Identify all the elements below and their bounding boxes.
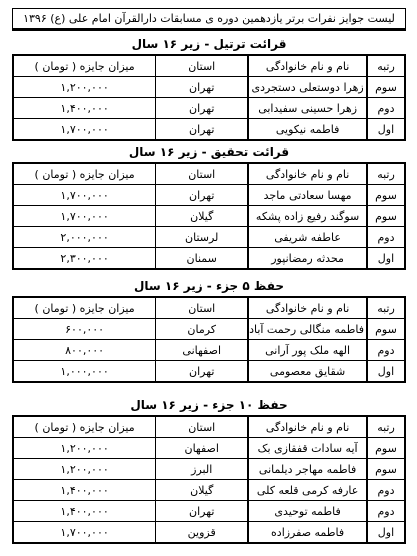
column-header-province: استان — [156, 297, 249, 319]
table-row: سومفاطمه مهاجر دیلمانیالبرز۱,۲۰۰,۰۰۰ — [13, 459, 405, 480]
cell-rank: اول — [367, 522, 405, 544]
cell-rank: سوم — [367, 438, 405, 459]
table-row: سومزهرا دوستعلی دستجردیتهران۱,۲۰۰,۰۰۰ — [13, 77, 405, 98]
table-header-row: رتبهنام و نام خانوادگیاستانمیزان جایزه (… — [13, 55, 405, 77]
cell-prize: ۸۰۰,۰۰۰ — [13, 340, 156, 361]
column-header-prize: میزان جایزه ( تومان ) — [13, 163, 156, 185]
cell-rank: دوم — [367, 501, 405, 522]
cell-province: سمنان — [156, 248, 249, 270]
prize-table: رتبهنام و نام خانوادگیاستانمیزان جایزه (… — [12, 296, 406, 383]
cell-province: لرستان — [156, 227, 249, 248]
column-header-name: نام و نام خانوادگی — [248, 416, 367, 438]
cell-name: عاطفه شریفی — [248, 227, 367, 248]
cell-province: گیلان — [156, 206, 249, 227]
table-row: سومآیه سادات قفقازی بکاصفهان۱,۲۰۰,۰۰۰ — [13, 438, 405, 459]
document-page: لیست جوایز نفرات برتر یازدهمین دوره ی مس… — [0, 0, 417, 556]
table-row: سومفاطمه منگالی رحمت آبادکرمان۶۰۰,۰۰۰ — [13, 319, 405, 340]
cell-prize: ۱,۷۰۰,۰۰۰ — [13, 185, 156, 206]
cell-name: زهرا حسینی سفیدابی — [248, 98, 367, 119]
prize-table: رتبهنام و نام خانوادگیاستانمیزان جایزه (… — [12, 162, 406, 270]
cell-province: تهران — [156, 98, 249, 119]
cell-province: اصفهانی — [156, 340, 249, 361]
column-header-province: استان — [156, 55, 249, 77]
column-header-name: نام و نام خانوادگی — [248, 297, 367, 319]
table-row: اولفاطمه صفرزادهقزوین۱,۷۰۰,۰۰۰ — [13, 522, 405, 544]
cell-name: سوگند رفیع زاده پشکه — [248, 206, 367, 227]
cell-rank: دوم — [367, 98, 405, 119]
cell-prize: ۱,۴۰۰,۰۰۰ — [13, 480, 156, 501]
cell-prize: ۱,۷۰۰,۰۰۰ — [13, 206, 156, 227]
table-row: دومزهرا حسینی سفیدابیتهران۱,۴۰۰,۰۰۰ — [13, 98, 405, 119]
column-header-rank: رتبه — [367, 297, 405, 319]
cell-name: مهسا سعادتی ماجد — [248, 185, 367, 206]
prize-table: رتبهنام و نام خانوادگیاستانمیزان جایزه (… — [12, 54, 406, 141]
cell-prize: ۲,۰۰۰,۰۰۰ — [13, 227, 156, 248]
column-header-rank: رتبه — [367, 163, 405, 185]
table-header-row: رتبهنام و نام خانوادگیاستانمیزان جایزه (… — [13, 416, 405, 438]
column-header-prize: میزان جایزه ( تومان ) — [13, 55, 156, 77]
column-header-prize: میزان جایزه ( تومان ) — [13, 416, 156, 438]
column-header-province: استان — [156, 163, 249, 185]
cell-province: تهران — [156, 185, 249, 206]
cell-name: فاطمه منگالی رحمت آباد — [248, 319, 367, 340]
column-header-name: نام و نام خانوادگی — [248, 55, 367, 77]
cell-province: قزوین — [156, 522, 249, 544]
cell-rank: دوم — [367, 227, 405, 248]
column-header-rank: رتبه — [367, 55, 405, 77]
cell-name: فاطمه صفرزاده — [248, 522, 367, 544]
cell-rank: سوم — [367, 77, 405, 98]
column-header-name: نام و نام خانوادگی — [248, 163, 367, 185]
cell-province: اصفهان — [156, 438, 249, 459]
cell-rank: دوم — [367, 340, 405, 361]
cell-province: تهران — [156, 119, 249, 141]
cell-rank: اول — [367, 119, 405, 141]
cell-prize: ۱,۲۰۰,۰۰۰ — [13, 438, 156, 459]
cell-name: آیه سادات قفقازی بک — [248, 438, 367, 459]
cell-prize: ۱,۲۰۰,۰۰۰ — [13, 77, 156, 98]
table-row: اولشقایق معصومیتهران۱,۰۰۰,۰۰۰ — [13, 361, 405, 383]
cell-prize: ۲,۳۰۰,۰۰۰ — [13, 248, 156, 270]
cell-rank: سوم — [367, 459, 405, 480]
cell-prize: ۱,۷۰۰,۰۰۰ — [13, 522, 156, 544]
cell-rank: اول — [367, 248, 405, 270]
table-row: سوممهسا سعادتی ماجدتهران۱,۷۰۰,۰۰۰ — [13, 185, 405, 206]
cell-rank: سوم — [367, 319, 405, 340]
sections-container: قرائت ترتیل - زیر ۱۶ سالرتبهنام و نام خا… — [12, 34, 406, 544]
cell-name: فاطمه نیکویی — [248, 119, 367, 141]
cell-prize: ۱,۴۰۰,۰۰۰ — [13, 98, 156, 119]
column-header-province: استان — [156, 416, 249, 438]
table-header-row: رتبهنام و نام خانوادگیاستانمیزان جایزه (… — [13, 297, 405, 319]
cell-province: تهران — [156, 361, 249, 383]
column-header-rank: رتبه — [367, 416, 405, 438]
cell-name: عارفه کرمی قلعه کلی — [248, 480, 367, 501]
section-heading: قرائت تحقیق - زیر ۱۶ سال — [12, 142, 406, 162]
section-heading: قرائت ترتیل - زیر ۱۶ سال — [12, 34, 406, 54]
column-header-prize: میزان جایزه ( تومان ) — [13, 297, 156, 319]
cell-name: الهه ملک پور آرانی — [248, 340, 367, 361]
table-row: سومسوگند رفیع زاده پشکهگیلان۱,۷۰۰,۰۰۰ — [13, 206, 405, 227]
table-header-row: رتبهنام و نام خانوادگیاستانمیزان جایزه (… — [13, 163, 405, 185]
cell-prize: ۱,۲۰۰,۰۰۰ — [13, 459, 156, 480]
cell-rank: سوم — [367, 206, 405, 227]
cell-rank: اول — [367, 361, 405, 383]
section-heading: حفظ ۱۰ جزء - زیر ۱۶ سال — [12, 395, 406, 415]
cell-name: فاطمه توحیدی — [248, 501, 367, 522]
cell-prize: ۱,۰۰۰,۰۰۰ — [13, 361, 156, 383]
section-heading: حفظ ۵ جزء - زیر ۱۶ سال — [12, 276, 406, 296]
table-row: دومعاطفه شریفیلرستان۲,۰۰۰,۰۰۰ — [13, 227, 405, 248]
cell-name: شقایق معصومی — [248, 361, 367, 383]
cell-prize: ۱,۴۰۰,۰۰۰ — [13, 501, 156, 522]
cell-province: کرمان — [156, 319, 249, 340]
cell-name: زهرا دوستعلی دستجردی — [248, 77, 367, 98]
table-row: اولفاطمه نیکوییتهران۱,۷۰۰,۰۰۰ — [13, 119, 405, 141]
cell-name: فاطمه مهاجر دیلمانی — [248, 459, 367, 480]
cell-rank: سوم — [367, 185, 405, 206]
cell-province: گیلان — [156, 480, 249, 501]
cell-province: البرز — [156, 459, 249, 480]
cell-prize: ۱,۷۰۰,۰۰۰ — [13, 119, 156, 141]
table-row: دومالهه ملک پور آرانیاصفهانی۸۰۰,۰۰۰ — [13, 340, 405, 361]
document-title: لیست جوایز نفرات برتر یازدهمین دوره ی مس… — [12, 8, 406, 31]
cell-prize: ۶۰۰,۰۰۰ — [13, 319, 156, 340]
cell-province: تهران — [156, 501, 249, 522]
cell-rank: دوم — [367, 480, 405, 501]
table-row: دومفاطمه توحیدیتهران۱,۴۰۰,۰۰۰ — [13, 501, 405, 522]
table-row: دومعارفه کرمی قلعه کلیگیلان۱,۴۰۰,۰۰۰ — [13, 480, 405, 501]
cell-province: تهران — [156, 77, 249, 98]
table-row: اولمحدثه رمضانپورسمنان۲,۳۰۰,۰۰۰ — [13, 248, 405, 270]
cell-name: محدثه رمضانپور — [248, 248, 367, 270]
prize-table: رتبهنام و نام خانوادگیاستانمیزان جایزه (… — [12, 415, 406, 544]
